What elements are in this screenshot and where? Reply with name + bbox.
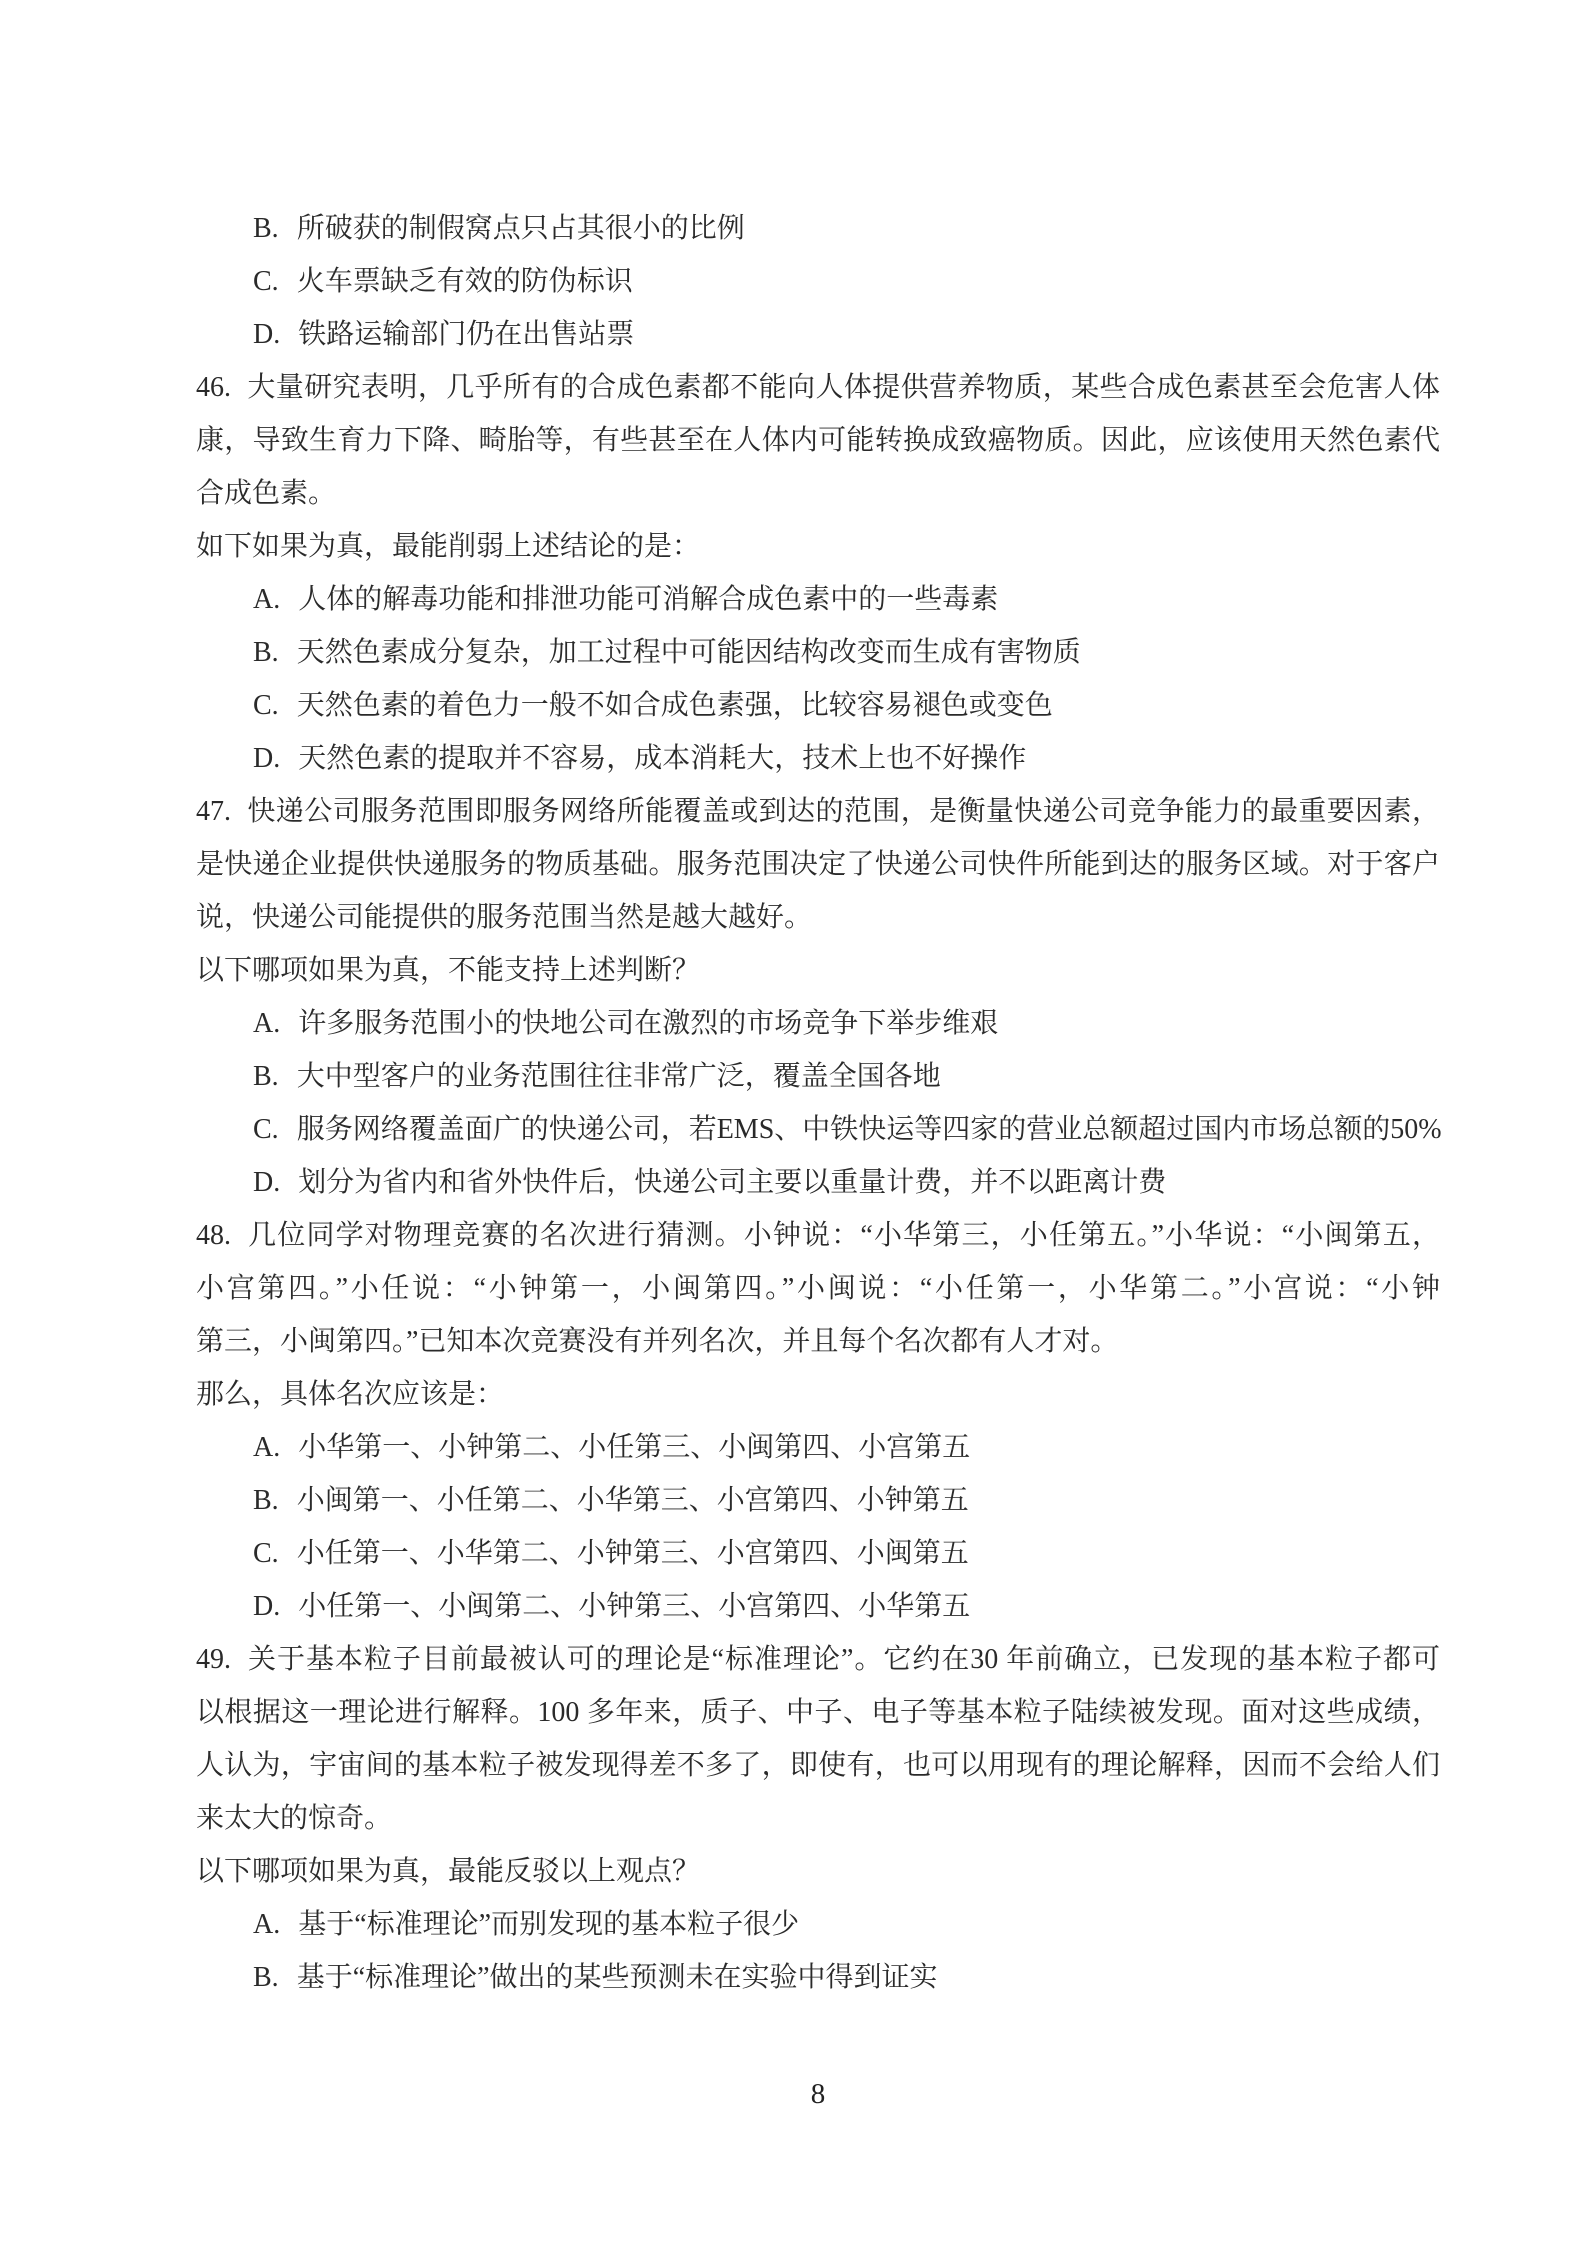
question-body-text: 几位同学对物理竞赛的名次进行猜测。小钟说：“小华第三，小任第五。”小华说：“小闽… — [247, 1220, 1440, 1251]
question-number: 46. — [196, 372, 231, 403]
option-line: D.天然色素的提取并不容易，成本消耗大，技术上也不好操作 — [196, 732, 1440, 785]
option-label: D. — [253, 743, 280, 774]
option-line: A.许多服务范围小的快地公司在激烈的市场竞争下举步维艰 — [196, 997, 1440, 1050]
option-text: 天然色素成分复杂，加工过程中可能因结构改变而生成有害物质 — [297, 637, 1081, 668]
question-number: 49. — [196, 1644, 231, 1675]
question-stem-text: 如下如果为真，最能削弱上述结论的是： — [196, 531, 700, 562]
question-body-line: 以根据这一理论进行解释。100 多年来，质子、中子、电子等基本粒子陆续被发现。面… — [196, 1686, 1440, 1739]
option-text: 小华第一、小钟第二、小任第三、小闽第四、小宫第五 — [298, 1432, 970, 1463]
option-text: 小闽第一、小任第二、小华第三、小宫第四、小钟第五 — [297, 1485, 969, 1516]
option-label: B. — [253, 1485, 279, 1516]
question-stem-line: 以下哪项如果为真，不能支持上述判断？ — [196, 944, 1440, 997]
exam-paper-page: B.所破获的制假窝点只占其很小的比例C.火车票缺乏有效的防伪标识D.铁路运输部门… — [0, 0, 1594, 2252]
option-label: C. — [253, 1114, 279, 1145]
option-line: A.小华第一、小钟第二、小任第三、小闽第四、小宫第五 — [196, 1421, 1440, 1474]
option-label: A. — [253, 1909, 280, 1940]
option-text: 划分为省内和省外快件后，快递公司主要以重量计费，并不以距离计费 — [298, 1167, 1166, 1198]
question-list: B.所破获的制假窝点只占其很小的比例C.火车票缺乏有效的防伪标识D.铁路运输部门… — [196, 202, 1440, 2004]
question-stem-line: 如下如果为真，最能削弱上述结论的是： — [196, 520, 1440, 573]
question-body-text: 小宫第四。”小任说：“小钟第一，小闽第四。”小闽说：“小任第一，小华第二。”小宫… — [196, 1273, 1440, 1304]
option-label: A. — [253, 584, 280, 615]
option-text: 铁路运输部门仍在出售站票 — [298, 319, 634, 350]
option-text: 基于“标准理论”做出的某些预测未在实验中得到证实 — [297, 1962, 938, 1993]
question-body-text: 合成色素。 — [196, 478, 336, 509]
option-label: A. — [253, 1432, 280, 1463]
option-line: C.火车票缺乏有效的防伪标识 — [196, 255, 1440, 308]
question-body-line: 来太大的惊奇。 — [196, 1792, 1440, 1845]
option-line: D.铁路运输部门仍在出售站票 — [196, 308, 1440, 361]
question-body-line: 康，导致生育力下降、畸胎等，有些甚至在人体内可能转换成致癌物质。因此，应该使用天… — [196, 414, 1440, 467]
question-stem-line: 以下哪项如果为真，最能反驳以上观点？ — [196, 1845, 1440, 1898]
question-stem-text: 以下哪项如果为真，不能支持上述判断？ — [196, 955, 700, 986]
question-body-line: 47.快递公司服务范围即服务网络所能覆盖或到达的范围，是衡量快递公司竞争能力的最… — [196, 785, 1440, 838]
question-number: 48. — [196, 1220, 231, 1251]
option-line: B.大中型客户的业务范围往往非常广泛，覆盖全国各地 — [196, 1050, 1440, 1103]
option-text: 天然色素的提取并不容易，成本消耗大，技术上也不好操作 — [298, 743, 1026, 774]
option-line: C.服务网络覆盖面广的快递公司，若EMS、中铁快运等四家的营业总额超过国内市场总… — [196, 1103, 1440, 1156]
option-line: A.基于“标准理论”而别发现的基本粒子很少 — [196, 1898, 1440, 1951]
question-body-text: 快递公司服务范围即服务网络所能覆盖或到达的范围，是衡量快递公司竞争能力的最重要因… — [196, 796, 1440, 838]
option-label: A. — [253, 1008, 280, 1039]
option-text: 基于“标准理论”而别发现的基本粒子很少 — [298, 1909, 799, 1940]
question-body-line: 第三，小闽第四。”已知本次竞赛没有并列名次，并且每个名次都有人才对。 — [196, 1315, 1440, 1368]
question-body-text: 以根据这一理论进行解释。100 多年来，质子、中子、电子等基本粒子陆续被发现。面… — [196, 1697, 1440, 1739]
option-label: B. — [253, 1061, 279, 1092]
question-body-line: 是快递企业提供快递服务的物质基础。服务范围决定了快递公司快件所能到达的服务区域。… — [196, 838, 1440, 891]
question-body-text: 大量研究表明，几乎所有的合成色素都不能向人体提供营养物质，某些合成色素甚至会危害… — [196, 372, 1440, 414]
option-text: 小任第一、小华第二、小钟第三、小宫第四、小闽第五 — [297, 1538, 969, 1569]
option-text: 大中型客户的业务范围往往非常广泛，覆盖全国各地 — [297, 1061, 941, 1092]
option-label: C. — [253, 690, 279, 721]
option-label: B. — [253, 637, 279, 668]
option-text: 服务网络覆盖面广的快递公司，若EMS、中铁快运等四家的营业总额超过国内市场总额的… — [297, 1114, 1442, 1145]
question-body-line: 46.大量研究表明，几乎所有的合成色素都不能向人体提供营养物质，某些合成色素甚至… — [196, 361, 1440, 414]
question-body-line: 说，快递公司能提供的服务范围当然是越大越好。 — [196, 891, 1440, 944]
option-text: 火车票缺乏有效的防伪标识 — [297, 266, 633, 297]
question-stem-text: 以下哪项如果为真，最能反驳以上观点？ — [196, 1856, 700, 1887]
question-body-text: 关于基本粒子目前最被认可的理论是“标准理论”。它约在30 年前确立，已发现的基本… — [247, 1644, 1440, 1675]
question-body-text: 来太大的惊奇。 — [196, 1803, 392, 1834]
option-line: B.小闽第一、小任第二、小华第三、小宫第四、小钟第五 — [196, 1474, 1440, 1527]
question-body-line: 人认为，宇宙间的基本粒子被发现得差不多了，即使有，也可以用现有的理论解释，因而不… — [196, 1739, 1440, 1792]
option-line: B.所破获的制假窝点只占其很小的比例 — [196, 202, 1440, 255]
option-label: D. — [253, 1591, 280, 1622]
option-line: B.基于“标准理论”做出的某些预测未在实验中得到证实 — [196, 1951, 1440, 2004]
option-label: D. — [253, 319, 280, 350]
question-body-line: 49.关于基本粒子目前最被认可的理论是“标准理论”。它约在30 年前确立，已发现… — [196, 1633, 1440, 1686]
option-line: C.天然色素的着色力一般不如合成色素强，比较容易褪色或变色 — [196, 679, 1440, 732]
question-body-text: 人认为，宇宙间的基本粒子被发现得差不多了，即使有，也可以用现有的理论解释，因而不… — [196, 1750, 1440, 1792]
option-text: 所破获的制假窝点只占其很小的比例 — [297, 213, 745, 244]
option-label: D. — [253, 1167, 280, 1198]
option-text: 小任第一、小闽第二、小钟第三、小宫第四、小华第五 — [298, 1591, 970, 1622]
option-label: B. — [253, 213, 279, 244]
option-text: 许多服务范围小的快地公司在激烈的市场竞争下举步维艰 — [298, 1008, 998, 1039]
question-body-text: 是快递企业提供快递服务的物质基础。服务范围决定了快递公司快件所能到达的服务区域。… — [196, 849, 1440, 891]
question-body-line: 合成色素。 — [196, 467, 1440, 520]
question-body-text: 第三，小闽第四。”已知本次竞赛没有并列名次，并且每个名次都有人才对。 — [196, 1326, 1118, 1357]
option-line: D.小任第一、小闽第二、小钟第三、小宫第四、小华第五 — [196, 1580, 1440, 1633]
option-line: C.小任第一、小华第二、小钟第三、小宫第四、小闽第五 — [196, 1527, 1440, 1580]
option-text: 天然色素的着色力一般不如合成色素强，比较容易褪色或变色 — [297, 690, 1053, 721]
page-number: 8 — [196, 2068, 1440, 2121]
option-label: B. — [253, 1962, 279, 1993]
option-line: D.划分为省内和省外快件后，快递公司主要以重量计费，并不以距离计费 — [196, 1156, 1440, 1209]
option-line: B.天然色素成分复杂，加工过程中可能因结构改变而生成有害物质 — [196, 626, 1440, 679]
question-number: 47. — [196, 796, 231, 827]
question-stem-line: 那么，具体名次应该是： — [196, 1368, 1440, 1421]
option-label: C. — [253, 266, 279, 297]
question-body-line: 小宫第四。”小任说：“小钟第一，小闽第四。”小闽说：“小任第一，小华第二。”小宫… — [196, 1262, 1440, 1315]
question-body-text: 说，快递公司能提供的服务范围当然是越大越好。 — [196, 902, 812, 933]
question-body-line: 48.几位同学对物理竞赛的名次进行猜测。小钟说：“小华第三，小任第五。”小华说：… — [196, 1209, 1440, 1262]
option-label: C. — [253, 1538, 279, 1569]
option-text: 人体的解毒功能和排泄功能可消解合成色素中的一些毒素 — [298, 584, 998, 615]
question-stem-text: 那么，具体名次应该是： — [196, 1379, 504, 1410]
option-line: A.人体的解毒功能和排泄功能可消解合成色素中的一些毒素 — [196, 573, 1440, 626]
question-body-text: 康，导致生育力下降、畸胎等，有些甚至在人体内可能转换成致癌物质。因此，应该使用天… — [196, 425, 1440, 467]
